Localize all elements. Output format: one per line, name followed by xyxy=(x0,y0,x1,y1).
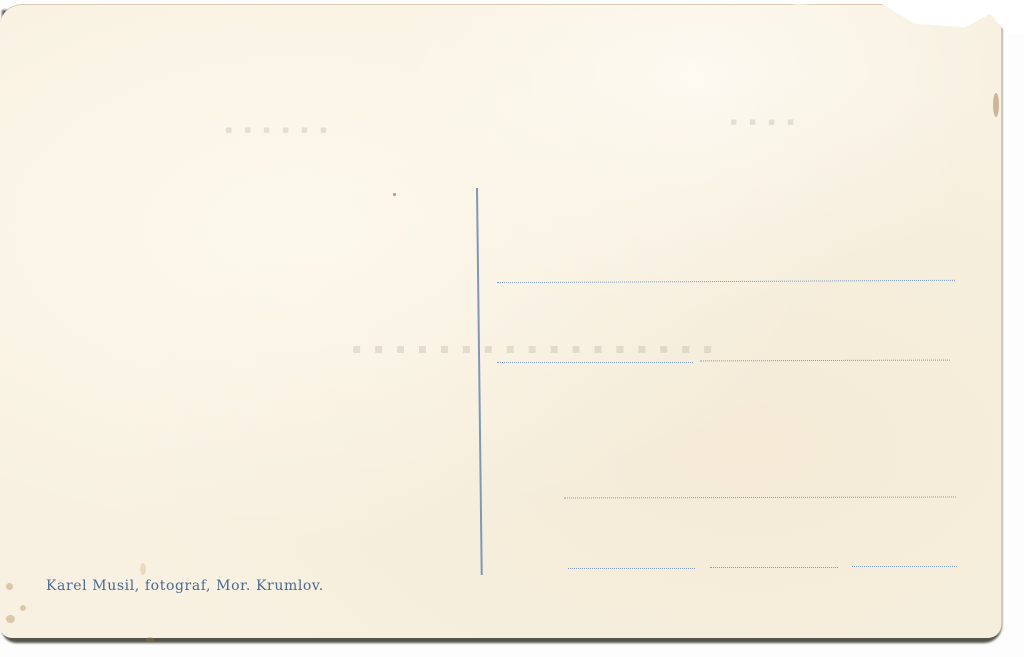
address-line-2a xyxy=(497,362,693,363)
stain xyxy=(146,637,154,642)
address-line-4c xyxy=(852,566,957,567)
address-line-2b xyxy=(700,360,950,362)
postcard-scene: ​▪ ▪ ▪ ▪ ▪ ▪ ▪ ▪ ▪ ▪ ▪ ▪ ▪ ▪ ▪ ▪ ▪ ▪ ▪ ▪… xyxy=(0,0,1024,657)
address-line-3 xyxy=(564,496,956,498)
stain xyxy=(393,193,396,196)
bleed-through-text: ​▪ ▪ ▪ ▪ ▪ ▪ ▪ ▪ ▪ ▪ ▪ ▪ ▪ ▪ ▪ ▪ ▪ xyxy=(352,341,717,357)
bleed-through-text: ▪ ▪ ▪ ▪ xyxy=(730,115,798,128)
photographer-imprint: Karel Musil, fotograf, Mor. Krumlov. xyxy=(46,578,324,594)
vertical-divider xyxy=(476,188,482,575)
stain xyxy=(6,615,15,623)
stain xyxy=(6,583,13,590)
address-line-1 xyxy=(497,280,955,283)
bleed-through-text: ▪ ▪ ▪ ▪ ▪ ▪ xyxy=(225,123,331,136)
stain xyxy=(140,563,146,575)
address-line-4b xyxy=(710,567,838,568)
address-line-4a xyxy=(568,568,695,569)
postcard-back: ​▪ ▪ ▪ ▪ ▪ ▪ ▪ ▪ ▪ ▪ ▪ ▪ ▪ ▪ ▪ ▪ ▪ ▪ ▪ ▪… xyxy=(0,4,1002,638)
stain xyxy=(993,93,999,117)
stain xyxy=(20,605,26,611)
